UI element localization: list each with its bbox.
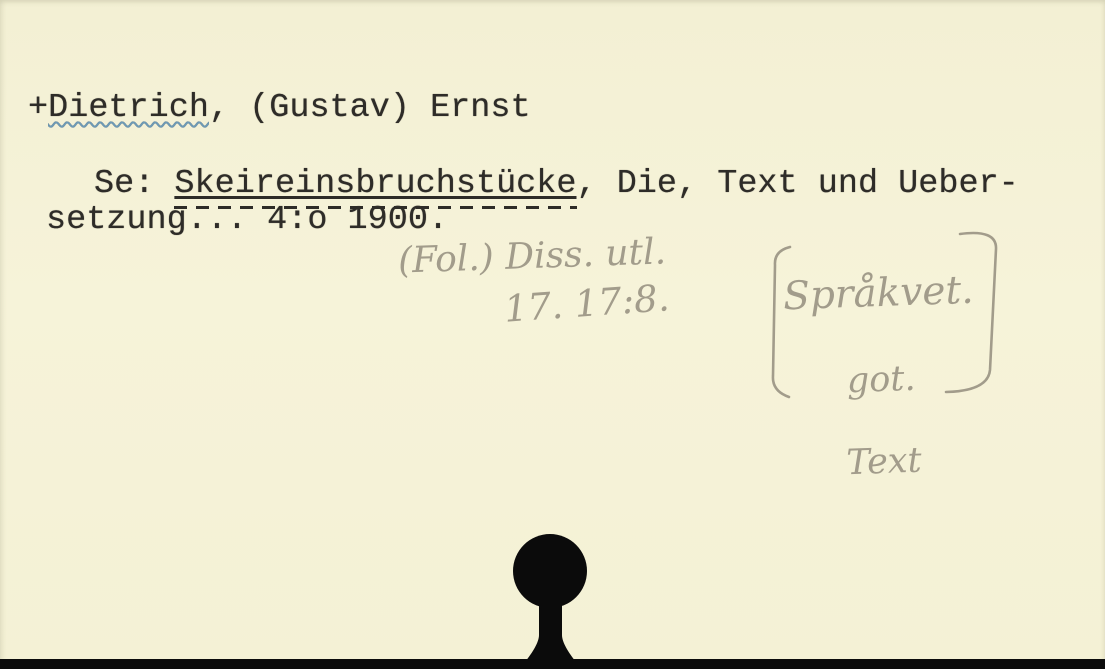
rod-hole-punch-icon [0,534,1105,669]
heading-surname-underlined: Dietrich [48,89,209,127]
pencil-shelf-mark: 17. 17:8. [503,276,671,330]
reference-lead: Se: [94,165,174,203]
pencil-format-note: (Fol.) Diss. utl. [397,231,666,281]
subject-line: Språkvet. [782,265,974,324]
catalog-card: +Dietrich, (Gustav) Ernst Se: Skeireinsb… [0,0,1105,669]
subject-line: got. [785,355,976,406]
heading-line: +Dietrich, (Gustav) Ernst [28,90,531,126]
heading-rest: , (Gustav) Ernst [209,89,531,127]
reference-line-1: Se: Skeireinsbruchstücke, Die, Text und … [94,166,1019,202]
reference-after-title: , Die, Text und Ueber- [577,165,1019,203]
reference-line-2: setzung... 4:o 1900. [46,202,448,238]
heading-prefix: + [28,89,48,127]
pencil-subject-note: Språkvet. got. Text [781,227,981,525]
subject-line: Text [788,437,979,488]
